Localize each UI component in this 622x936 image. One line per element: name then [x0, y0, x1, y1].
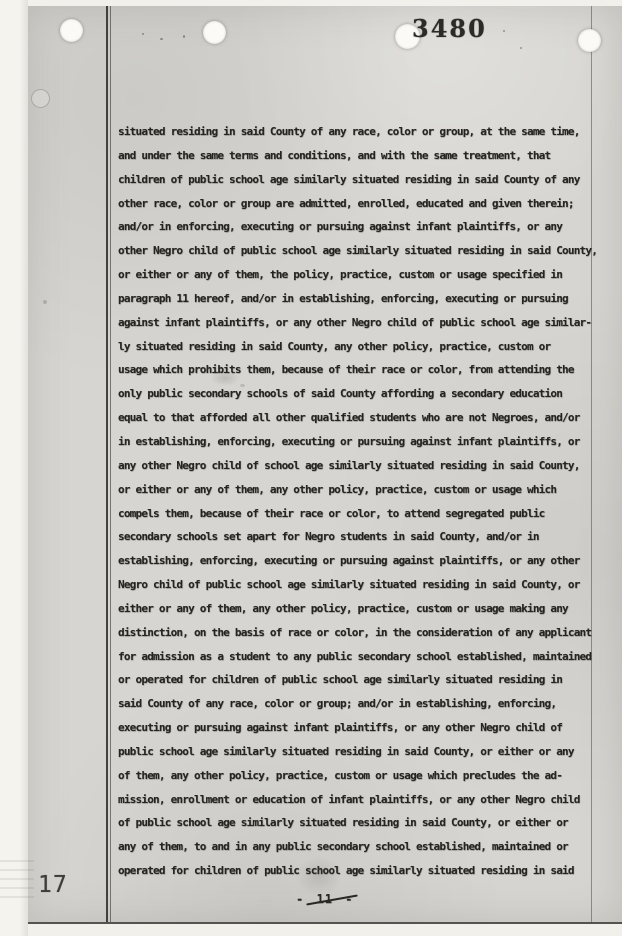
text-line: mission, enrollment or education of infa… — [118, 788, 588, 812]
page-number: 17 — [38, 872, 68, 898]
stamp-number: 3480 — [412, 14, 487, 43]
text-line: for admission as a student to any public… — [118, 645, 588, 669]
text-line: and under the same terms and conditions,… — [118, 144, 588, 168]
footer-dash-right: - — [345, 892, 353, 906]
punch-hole-ghost — [31, 89, 50, 108]
text-line: of them, any other policy, practice, cus… — [118, 764, 588, 788]
text-line: any other Negro child of school age simi… — [118, 454, 588, 478]
scan-speck — [139, 222, 142, 224]
typewritten-text: situated residing in said County of any … — [118, 120, 588, 883]
scan-speck — [503, 30, 505, 32]
scan-speck — [183, 35, 185, 38]
scan-speck — [43, 300, 47, 304]
text-line: in establishing, enforcing, executing or… — [118, 430, 588, 454]
text-line: against infant plaintiffs, or any other … — [118, 311, 588, 335]
punch-hole — [203, 21, 226, 44]
text-line: other race, color or group are admitted,… — [118, 192, 588, 216]
scan-border-left — [0, 0, 28, 936]
text-line: operated for children of public school a… — [118, 859, 588, 883]
text-line: either or any of them, any other policy,… — [118, 597, 588, 621]
text-line: compels them, because of their race or c… — [118, 502, 588, 526]
text-line: situated residing in said County of any … — [118, 120, 588, 144]
text-line: Negro child of public school age similar… — [118, 573, 588, 597]
footer-dash-left: - — [296, 892, 304, 906]
text-line: ly situated residing in said County, any… — [118, 335, 588, 359]
right-margin-rule — [591, 6, 592, 922]
text-line: any of them, to and in any public second… — [118, 835, 588, 859]
text-line: or either or any of them, any other poli… — [118, 478, 588, 502]
text-line: usage which prohibits them, because of t… — [118, 358, 588, 382]
text-line: of public school age similarly situated … — [118, 811, 588, 835]
text-line: public school age similarly situated res… — [118, 740, 588, 764]
text-line: said County of any race, color or group;… — [118, 692, 588, 716]
left-margin-rule — [106, 6, 108, 922]
text-line: paragraph 11 hereof, and/or in establish… — [118, 287, 588, 311]
scan-speck — [240, 384, 245, 387]
text-line: distinction, on the basis of race or col… — [118, 621, 588, 645]
text-line: executing or pursuing against infant pla… — [118, 716, 588, 740]
scan-smudge — [296, 856, 342, 896]
scan-speck — [160, 38, 163, 40]
text-line: and/or in enforcing, executing or pursui… — [118, 215, 588, 239]
text-line: other Negro child of public school age s… — [118, 239, 588, 263]
scan-smudge — [210, 370, 240, 386]
text-line: only public secondary schools of said Co… — [118, 382, 588, 406]
text-line: secondary schools set apart for Negro st… — [118, 525, 588, 549]
left-margin-rule-secondary — [110, 6, 111, 922]
scan-speck — [520, 47, 522, 49]
scan-smudge — [0, 860, 34, 900]
text-line: or operated for children of public schoo… — [118, 668, 588, 692]
scan-speck — [142, 33, 144, 35]
text-line: or either or any of them, the policy, pr… — [118, 263, 588, 287]
text-line: establishing, enforcing, executing or pu… — [118, 549, 588, 573]
punch-hole — [60, 19, 83, 42]
punch-hole — [578, 29, 601, 52]
text-line: equal to that afforded all other qualifi… — [118, 406, 588, 430]
text-line: children of public school age similarly … — [118, 168, 588, 192]
